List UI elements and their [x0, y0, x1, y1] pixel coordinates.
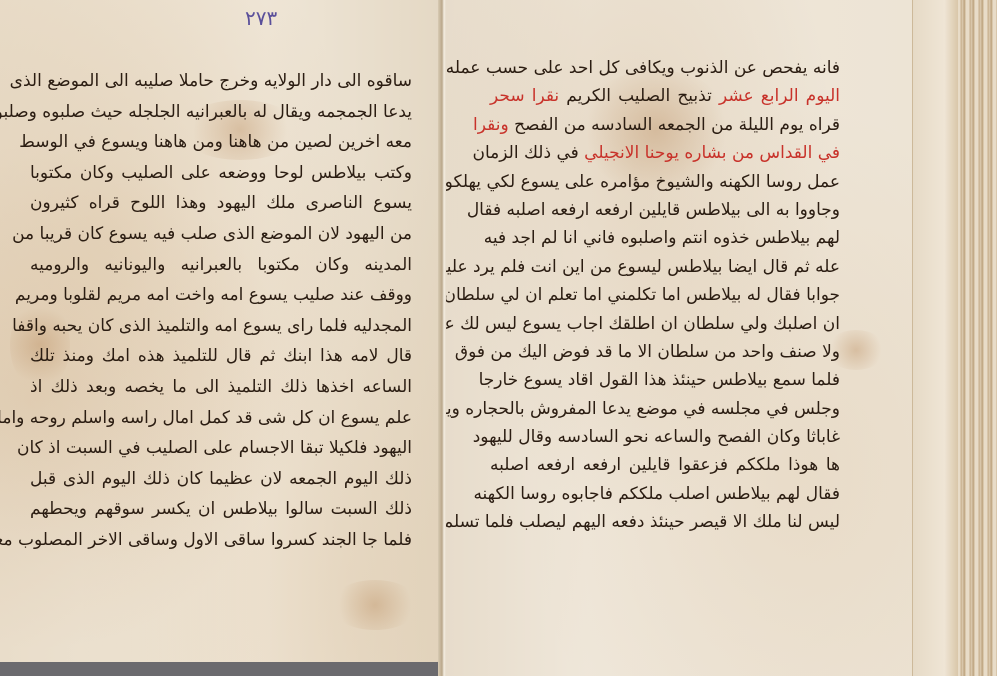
text-line: ووقف عند صليب يسوع امه واخت امه مريم لقل…: [30, 280, 412, 311]
rubric-text: نقرا سحر: [490, 86, 559, 106]
plain-text: قراه يوم الليلة من الجمعه السادسه من الف…: [514, 115, 840, 135]
text-line: علم يسوع ان كل شى قد كمل امال راسه واسلم…: [30, 403, 412, 434]
manuscript-spread: ٢٧٣ ساقوه الى دار الولايه وخرج حاملا صلي…: [0, 0, 997, 676]
text-line-rubricated: اليوم الرابع عشر تذبيح الصليب الكريم نقر…: [490, 82, 840, 110]
text-line: يسوع الناصرى ملك اليهود وهذا اللوح قراه …: [30, 188, 412, 219]
text-line: جوابا فقال له بيلاطس اما تكلمني اما تعلم…: [490, 281, 840, 309]
text-line: ها هوذا ملككم فزعقوا قايلين ارفعه ارفعه …: [490, 451, 840, 479]
text-line: وجلس في مجلسه في موضع يدعا المفروش بالحج…: [490, 395, 840, 423]
text-line: فلما سمع بيلاطس حينئذ هذا القول اقاد يسو…: [490, 366, 840, 394]
text-line: وجاووا به الى بيلاطس قايلين ارفعه ارفعه …: [490, 196, 840, 224]
text-line: قال لامه هذا ابنك ثم قال للتلميذ هذه امك…: [30, 341, 412, 372]
text-line: عمل روسا الكهنه والشيوخ مؤامره على يسوع …: [490, 168, 840, 196]
text-line: ليس لنا ملك الا قيصر حينئذ دفعه اليهم لي…: [490, 508, 840, 536]
left-page-text: ساقوه الى دار الولايه وخرج حاملا صليبه ا…: [30, 66, 412, 556]
text-line: الساعه اخذها ذلك التلميذ الى ما يخصه وبع…: [30, 372, 412, 403]
text-line: غاباثا وكان الفصح والساعه نحو السادسه وق…: [490, 423, 840, 451]
torn-leaf-edge: [912, 0, 958, 676]
text-line: معه اخرين لصين من هاهنا ومن هاهنا ويسوع …: [30, 127, 412, 158]
plain-text: في ذلك الزمان: [473, 143, 579, 163]
text-line: فانه يفحص عن الذنوب ويكافى كل احد على حس…: [490, 54, 840, 82]
text-line: ولا صنف واحد من سلطان الا ما قد فوض اليك…: [490, 338, 840, 366]
text-line: ذلك السبت سالوا بيلاطس ان يكسر سوقهم ويح…: [30, 494, 412, 525]
right-page: فانه يفحص عن الذنوب ويكافى كل احد على حس…: [446, 0, 916, 676]
rubric-text: اليوم الرابع عشر: [719, 86, 840, 106]
text-line: ساقوه الى دار الولايه وخرج حاملا صليبه ا…: [30, 66, 412, 97]
plain-text: تذبيح الصليب الكريم: [566, 86, 712, 106]
rubric-text: في القداس من بشاره يوحنا الانجيلي: [584, 143, 840, 163]
text-line: من اليهود لان الموضع الذى صلب فيه يسوع ك…: [30, 219, 412, 250]
text-line: فلما جا الجند كسروا ساقى الاول وساقى الا…: [30, 525, 412, 556]
text-line-rubricated: قراه يوم الليلة من الجمعه السادسه من الف…: [490, 111, 840, 139]
text-line: ان اصلبك ولي سلطان ان اطلقك اجاب يسوع لي…: [490, 310, 840, 338]
text-line: يدعا الجمجمه ويقال له بالعبرانيه الجلجله…: [30, 97, 412, 128]
text-line: المجدليه فلما راى يسوع امه والتلميذ الذى…: [30, 311, 412, 342]
text-line: فقال لهم بيلاطس اصلب ملككم فاجابوه روسا …: [490, 480, 840, 508]
text-line: لهم بيلاطس خذوه انتم واصلبوه فاني انا لم…: [490, 224, 840, 252]
paper-stain: [330, 580, 420, 630]
right-page-text: فانه يفحص عن الذنوب ويكافى كل احد على حس…: [490, 54, 840, 537]
text-line: ذلك اليوم الجمعه لان عظيما كان ذلك اليوم…: [30, 464, 412, 495]
rubric-text: ونقرا: [473, 115, 509, 135]
text-line: وكتب بيلاطس لوحا ووضعه على الصليب وكان م…: [30, 158, 412, 189]
text-line: اليهود فلكيلا تبقا الاجسام على الصليب في…: [30, 433, 412, 464]
text-line: المدينه وكان مكتوبا بالعبرانيه واليوناني…: [30, 250, 412, 281]
folio-number: ٢٧٣: [245, 6, 277, 30]
left-page: ٢٧٣ ساقوه الى دار الولايه وخرج حاملا صلي…: [0, 0, 443, 662]
text-line: عله ثم قال ايضا بيلاطس ليسوع من اين انت …: [490, 253, 840, 281]
text-line-rubricated: في القداس من بشاره يوحنا الانجيلي في ذلك…: [490, 139, 840, 167]
